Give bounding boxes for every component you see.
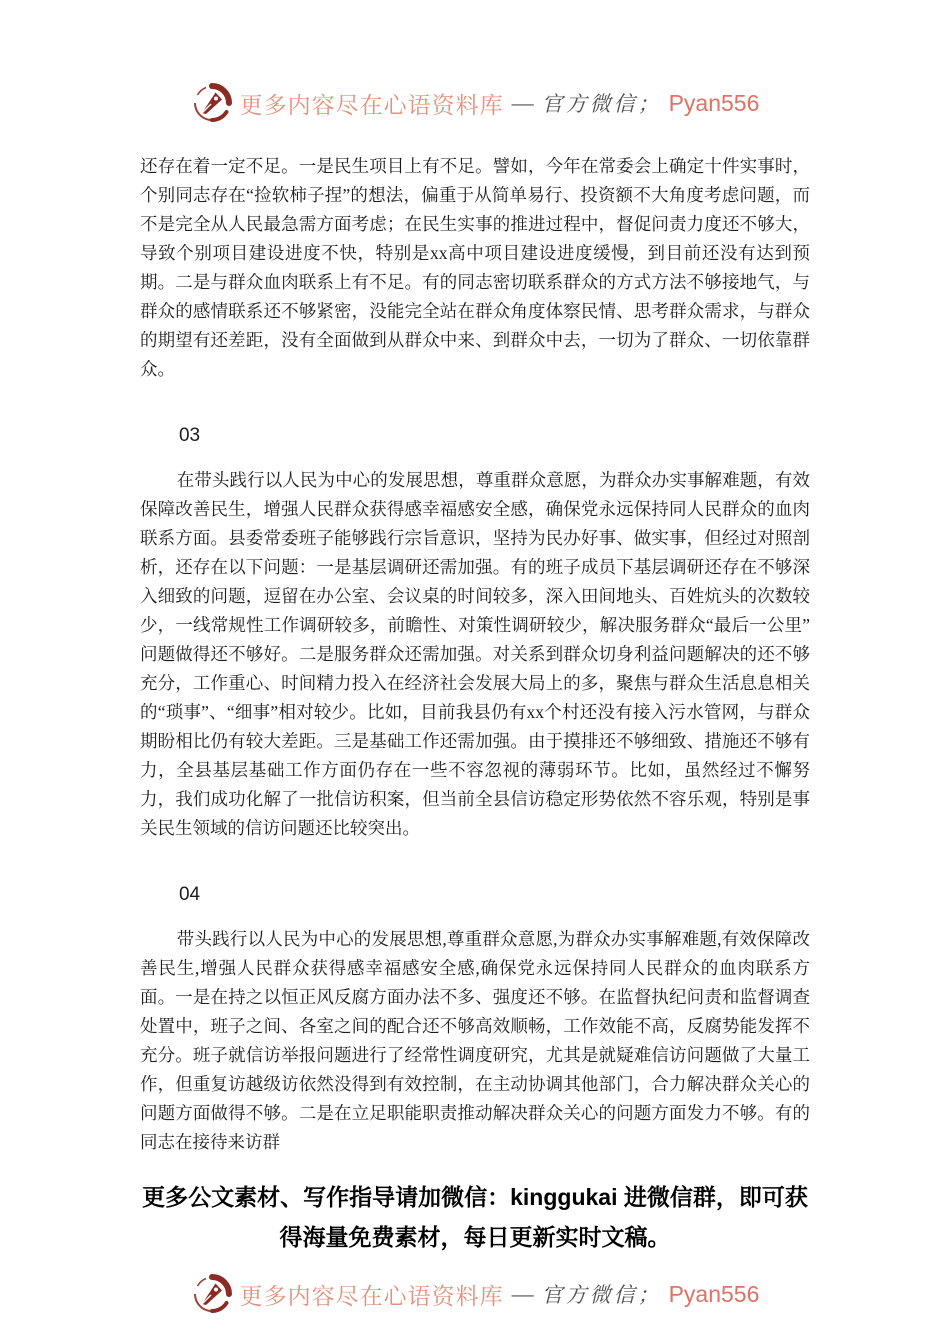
document-body: 还存在着一定不足。一是民生项目上有不足。譬如，今年在常委会上确定十件实事时，个别… <box>140 152 810 1157</box>
official-wechat-label: 官方微信； <box>542 88 662 118</box>
paragraph-section-03: 在带头践行以人民为中心的发展思想，尊重群众意愿，为群众办实事解难题，有效保障改善… <box>140 466 810 843</box>
pen-nib-circle-icon <box>191 1273 233 1315</box>
wechat-id: Pyan556 <box>669 1281 760 1308</box>
paragraph-section-04: 带头践行以人民为中心的发展思想,尊重群众意愿,为群众办实事解难题,有效保障改善民… <box>140 925 810 1157</box>
pen-nib-circle-icon <box>191 82 233 124</box>
wechat-id: Pyan556 <box>669 90 760 117</box>
header-brand: 更多内容尽在心语资料库—官方微信； Pyan556 <box>0 0 950 124</box>
section-number-04: 04 <box>140 883 810 907</box>
brand-text: 更多内容尽在心语资料库 <box>240 1278 504 1311</box>
brand-text: 更多内容尽在心语资料库 <box>240 87 504 120</box>
document-page: 更多内容尽在心语资料库—官方微信； Pyan556 还存在着一定不足。一是民生项… <box>0 0 950 1344</box>
paragraph-shortcomings: 还存在着一定不足。一是民生项目上有不足。譬如，今年在常委会上确定十件实事时，个别… <box>140 152 810 384</box>
official-wechat-label: 官方微信； <box>542 1279 662 1309</box>
footer-brand: 更多内容尽在心语资料库—官方微信； Pyan556 <box>0 1273 950 1315</box>
section-number-03: 03 <box>140 424 810 448</box>
promo-wechat-text: 更多公文素材、写作指导请加微信：kinggukai 进微信群，即可获得海量免费素… <box>140 1177 810 1257</box>
brand-dash: — <box>512 90 534 116</box>
brand-dash: — <box>512 1281 534 1307</box>
